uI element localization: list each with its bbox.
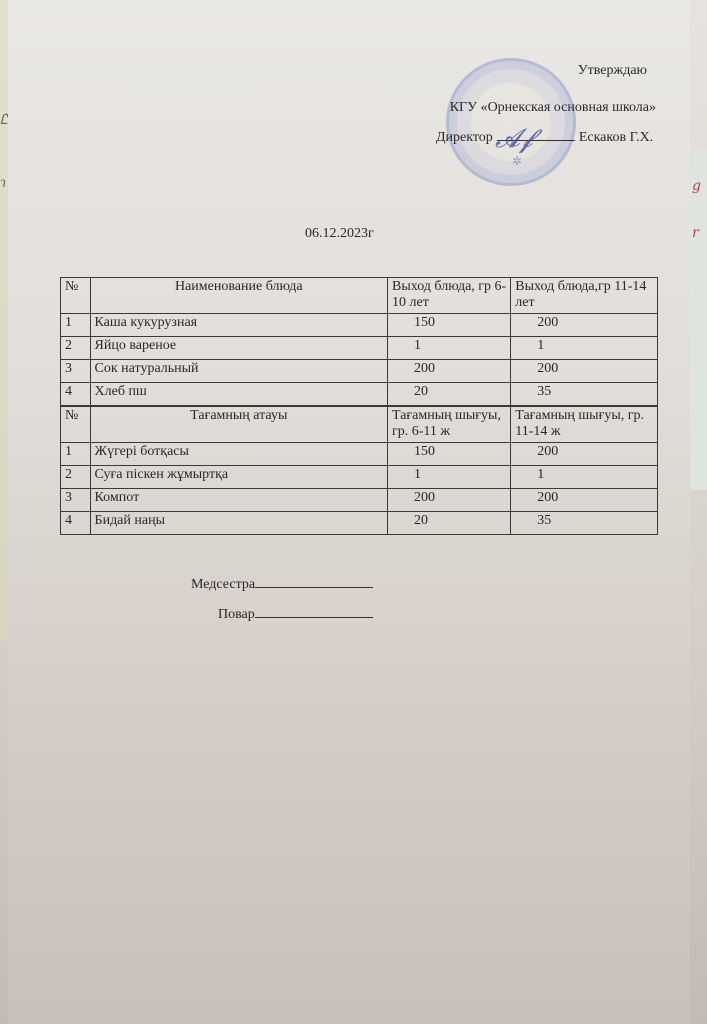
row-number: 2 (61, 337, 91, 360)
approval-title: Утверждаю (578, 63, 647, 79)
header-portion-younger: Выход блюда, гр 6-10 лет (388, 278, 511, 314)
background-notebook-edge (689, 150, 707, 490)
table-row: 2 Яйцо вареное 1 1 (61, 337, 658, 360)
menu-table-russian: № Наименование блюда Выход блюда, гр 6-1… (60, 277, 658, 406)
portion-older: 35 (511, 512, 658, 535)
approval-director-line: ДиректорЕскаков Г.Х. (436, 130, 653, 146)
official-stamp (446, 58, 576, 186)
portion-younger: 200 (388, 489, 511, 512)
row-number: 3 (61, 360, 91, 383)
background-scribble: r (692, 225, 699, 241)
background-scribble: Ꮭ (0, 112, 8, 128)
header-number: № (61, 407, 91, 443)
dish-name: Суға піскен жұмыртқа (90, 466, 387, 489)
table-row: 4 Хлеб пш 20 35 (61, 383, 658, 406)
table-row: 2 Суға піскен жұмыртқа 1 1 (61, 466, 658, 489)
table-header-row: № Тағамның атауы Тағамның шығуы, гр. 6-1… (61, 407, 658, 443)
background-scribble: ɿ (0, 175, 6, 191)
table-row: 3 Компот 200 200 (61, 489, 658, 512)
dish-name: Хлеб пш (90, 383, 387, 406)
row-number: 3 (61, 489, 91, 512)
nurse-signature-line: Медсестра (191, 577, 373, 593)
cook-label: Повар (218, 607, 255, 622)
dish-name: Сок натуральный (90, 360, 387, 383)
stamp-star-icon: ✲ (512, 154, 522, 169)
director-signature: 𝓐𝓯 (495, 124, 533, 155)
portion-older: 35 (511, 383, 658, 406)
row-number: 4 (61, 383, 91, 406)
table-row: 4 Бидай наңы 20 35 (61, 512, 658, 535)
header-portion-older: Выход блюда,гр 11-14 лет (511, 278, 658, 314)
portion-younger: 150 (388, 314, 511, 337)
nurse-label: Медсестра (191, 577, 255, 592)
portion-older: 1 (511, 337, 658, 360)
background-scribble: g (692, 178, 701, 194)
portion-younger: 20 (388, 383, 511, 406)
header-portion-younger: Тағамның шығуы, гр. 6-11 ж (388, 407, 511, 443)
portion-younger: 1 (388, 337, 511, 360)
portion-older: 200 (511, 360, 658, 383)
dish-name: Жүгері ботқасы (90, 443, 387, 466)
menu-date: 06.12.2023г (305, 226, 374, 242)
portion-older: 200 (511, 489, 658, 512)
table-row: 1 Каша кукурузная 150 200 (61, 314, 658, 337)
dish-name: Яйцо вареное (90, 337, 387, 360)
row-number: 1 (61, 443, 91, 466)
header-portion-older: Тағамның шығуы, гр. 11-14 ж (511, 407, 658, 443)
table-row: 3 Сок натуральный 200 200 (61, 360, 658, 383)
dish-name: Компот (90, 489, 387, 512)
nurse-blank (255, 587, 373, 588)
row-number: 4 (61, 512, 91, 535)
portion-younger: 150 (388, 443, 511, 466)
portion-older: 200 (511, 443, 658, 466)
dish-name: Бидай наңы (90, 512, 387, 535)
director-name: Ескаков Г.Х. (579, 130, 653, 145)
dish-name: Каша кукурузная (90, 314, 387, 337)
row-number: 1 (61, 314, 91, 337)
portion-older: 200 (511, 314, 658, 337)
header-number: № (61, 278, 91, 314)
menu-table-kazakh: № Тағамның атауы Тағамның шығуы, гр. 6-1… (60, 406, 658, 535)
director-label: Директор (436, 130, 493, 145)
portion-younger: 20 (388, 512, 511, 535)
header-dish-name: Тағамның атауы (90, 407, 387, 443)
cook-blank (255, 617, 373, 618)
table-header-row: № Наименование блюда Выход блюда, гр 6-1… (61, 278, 658, 314)
portion-younger: 1 (388, 466, 511, 489)
portion-older: 1 (511, 466, 658, 489)
portion-younger: 200 (388, 360, 511, 383)
cook-signature-line: Повар (218, 607, 373, 623)
row-number: 2 (61, 466, 91, 489)
header-dish-name: Наименование блюда (90, 278, 387, 314)
table-row: 1 Жүгері ботқасы 150 200 (61, 443, 658, 466)
approval-organization: КГУ «Орнекская основная школа» (450, 100, 656, 116)
